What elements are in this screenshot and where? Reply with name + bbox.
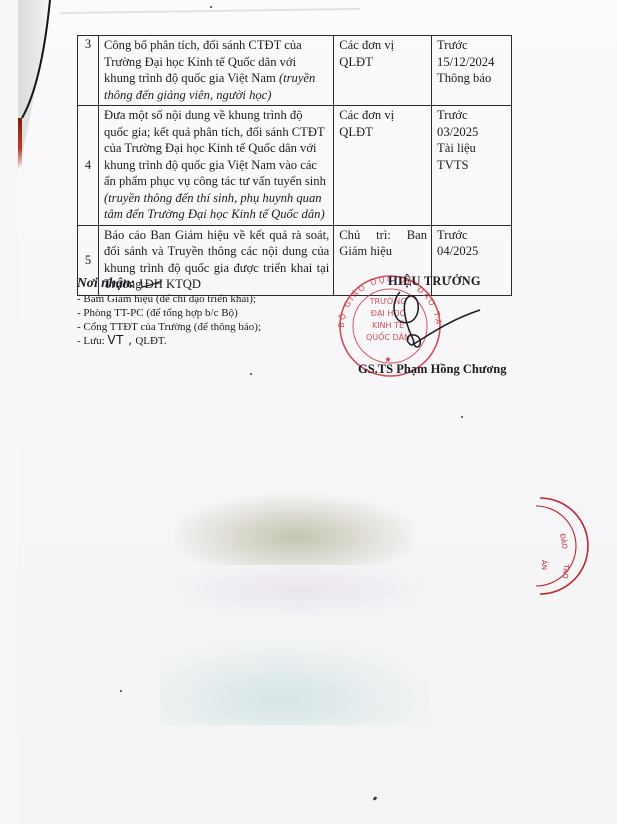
stain: [160, 640, 430, 725]
product: Thông báo: [437, 70, 507, 87]
speck: [120, 690, 122, 692]
partial-seal-icon: ĐÀO TẠO ÂN: [530, 490, 590, 600]
responsible-unit: Các đơn vị QLĐT: [334, 106, 432, 226]
row-number: 4: [78, 106, 99, 226]
responsible-unit: Các đơn vị QLĐT: [334, 36, 432, 106]
speck: [210, 6, 212, 8]
svg-text:ÂN: ÂN: [540, 560, 549, 570]
handwritten-signature-icon: [350, 282, 490, 362]
handwritten-tick-icon: [138, 278, 164, 290]
task-table: 3 Công bố phân tích, đối sánh CTĐT của T…: [77, 35, 512, 296]
deadline: Trước 03/2025: [437, 107, 507, 140]
archive-prefix: - Lưu:: [77, 335, 105, 347]
product: Tài liệu TVTS: [437, 140, 507, 173]
stain: [175, 495, 415, 565]
table-row: 3 Công bố phân tích, đối sánh CTĐT của T…: [78, 36, 512, 106]
task-content: Đưa một số nội dung về khung trình độ qu…: [98, 106, 333, 226]
deadline: Trước 15/12/2024: [437, 37, 507, 70]
archive-handwritten: VT ,: [107, 333, 132, 347]
svg-text:TẠO: TẠO: [561, 563, 570, 580]
task-description: Đưa một số nội dung về khung trình độ qu…: [104, 108, 326, 188]
deadline: Trước 04/2025: [437, 227, 507, 260]
archive-suffix: QLĐT.: [135, 335, 166, 347]
recipients-title: Nơi nhận:: [77, 276, 337, 290]
page-edge-red-strip: [18, 118, 22, 168]
recipient-item: - Phòng TT-PC (để tổng hợp b/c Bộ): [77, 307, 337, 321]
recipient-item: - Cổng TTĐT của Trường (để thông báo);: [77, 321, 337, 335]
task-content: Công bố phân tích, đối sánh CTĐT của Trư…: [98, 36, 333, 106]
task-description: Công bố phân tích, đối sánh CTĐT của Trư…: [104, 38, 302, 85]
recipients-title-text: Nơi nhận:: [77, 275, 135, 290]
row-number: 3: [78, 36, 99, 106]
signature-block: BỘ GIÁO DỤC VÀ ĐÀO TẠO TRƯỜNG ĐẠI HỌC KI…: [330, 262, 530, 382]
speck: [250, 373, 252, 375]
recipient-archive: - Lưu: VT , QLĐT.: [77, 334, 337, 349]
svg-text:ĐÀO: ĐÀO: [558, 533, 570, 550]
task-note: (truyền thông đến thí sinh, phụ huynh qu…: [104, 191, 325, 222]
speck: [461, 416, 463, 418]
signer-name: GS.TS Phạm Hồng Chương: [358, 362, 507, 377]
stain: [160, 560, 440, 620]
recipient-item: - Bam Giám hiệu (để chỉ đạo triển khai);: [77, 293, 337, 307]
deadline-cell: Trước 03/2025 Tài liệu TVTS: [432, 106, 512, 226]
page-edge-line: [18, 0, 58, 170]
deadline-cell: Trước 15/12/2024 Thông báo: [432, 36, 512, 106]
recipients-block: Nơi nhận: - Bam Giám hiệu (để chỉ đạo tr…: [77, 276, 337, 349]
table-row: 4 Đưa một số nội dung về khung trình độ …: [78, 106, 512, 226]
